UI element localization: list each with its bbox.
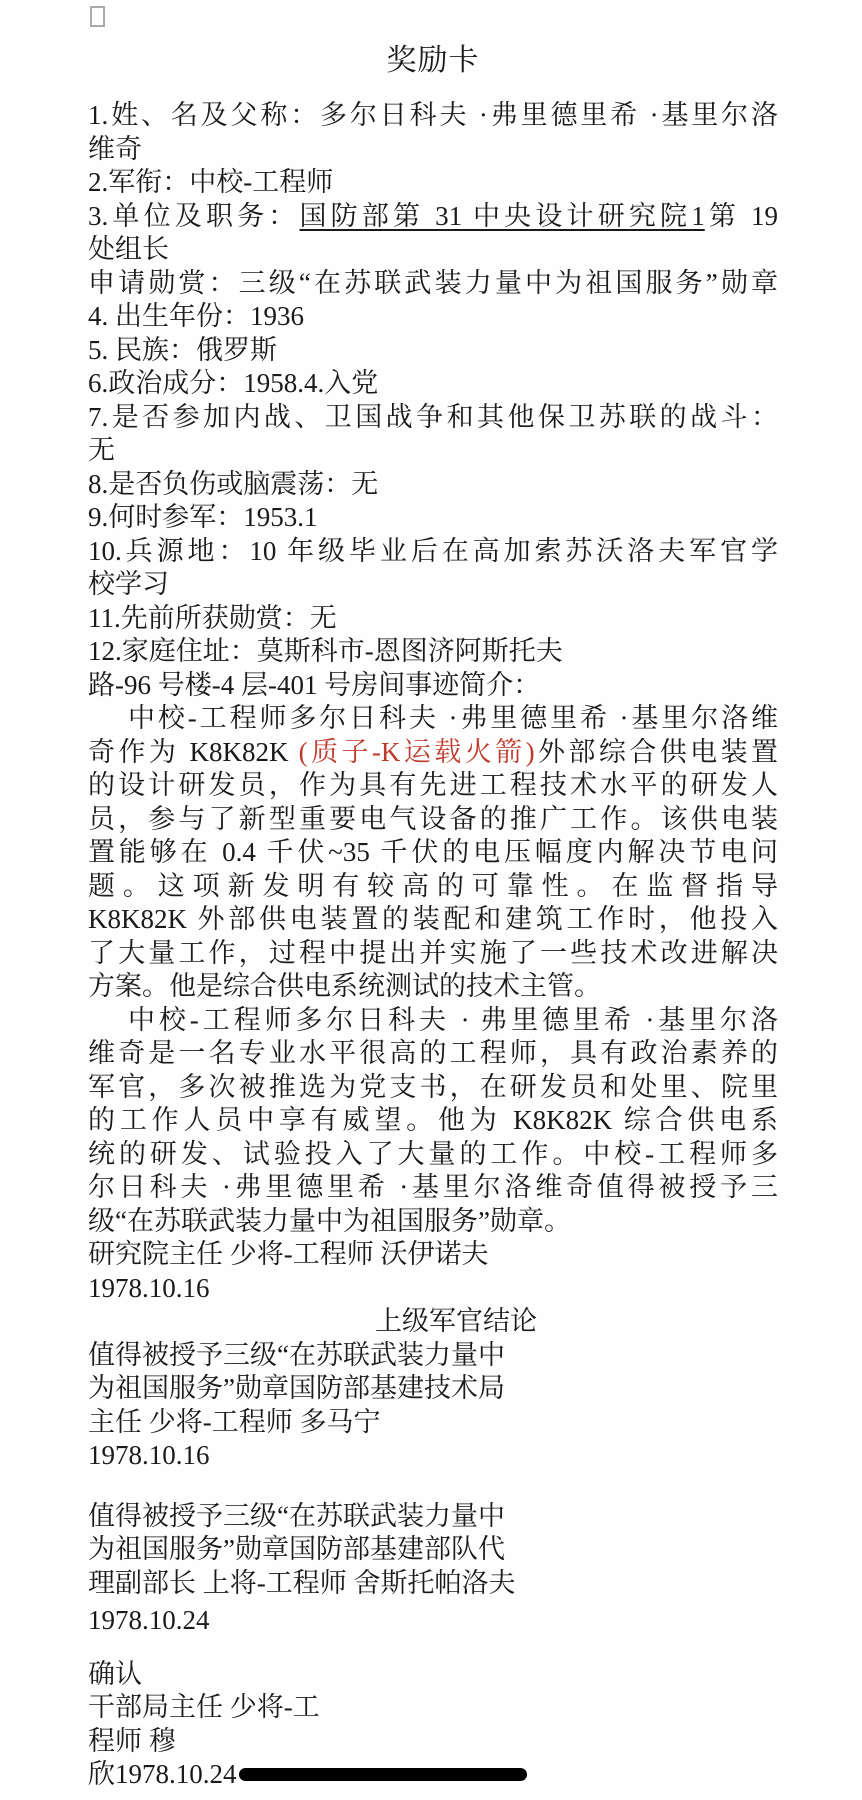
line-text: 值得被授予三级“在苏联武装力量中 <box>88 1340 505 1370</box>
line-text: 4. 出生年份：1936 <box>88 301 304 331</box>
line-text: 校学习 <box>88 569 169 599</box>
line-text: 为祖国服务”勋章国防部基建部队代 <box>88 1534 505 1564</box>
field-unit-line2: 处组长 <box>88 233 778 267</box>
conclusion2-line2: 为祖国服务”勋章国防部基建部队代 <box>88 1533 778 1567</box>
award-card-document: 奖励卡 1.姓、名及父称：多尔日科夫 ·弗里德里希 ·基里尔洛维奇2.军衔：中校… <box>88 0 778 1792</box>
line-text: 方案。他是综合供电系统测试的技术主管。 <box>88 971 601 1001</box>
field-origin-line2: 校学习 <box>88 568 778 602</box>
conclusion1-line3: 主任 少将-工程师 多马宁 <box>88 1406 778 1440</box>
summary-p1-line1: 中校-工程师多尔日科夫 ·弗里德里希 ·基里尔洛维 <box>88 702 778 736</box>
field-origin-line1: 10.兵源地：10 年级毕业后在高加索苏沃洛夫军官学 <box>88 535 778 569</box>
field-address-line2: 路-96 号楼-4 层-401 号房间事迹简介： <box>88 669 778 703</box>
line-text: 题。这项新发明有较高的可靠性。在监督指导 <box>88 871 778 901</box>
summary-p2-line4: 的工作人员中享有威望。他为 K8K82K 综合供电系 <box>88 1104 778 1138</box>
field-address-line1: 12.家庭住址：莫斯科市-恩图济阿斯托夫 <box>88 635 778 669</box>
date-institute-director: 1978.10.16 <box>88 1272 778 1306</box>
line-text: 置能够在 0.4 千伏~35 千伏的电压幅度内解决节电问 <box>88 837 778 867</box>
summary-p2-line7: 级“在苏联武装力量中为祖国服务”勋章。 <box>88 1205 778 1239</box>
line-text: 确认 <box>88 1659 142 1689</box>
field-party-affiliation: 6.政治成分：1958.4.入党 <box>88 367 778 401</box>
line-text: 1978.10.24 <box>88 1605 210 1635</box>
line-text: 员，参与了新型重要电气设备的推广工作。该供电装 <box>88 804 778 834</box>
line-text: 12.家庭住址：莫斯科市-恩图济阿斯托夫 <box>88 636 563 666</box>
line-text: 为祖国服务”勋章国防部基建技术局 <box>88 1373 505 1403</box>
page-title: 奖励卡 <box>88 44 778 77</box>
field-award-request: 申请勋赏：三级“在苏联武装力量中为祖国服务”勋章 <box>88 267 778 301</box>
line-text: 理副部长 上将-工程师 舍斯托帕洛夫 <box>88 1568 516 1598</box>
line-text: 了大量工作，过程中提出并实施了一些技术改进解决 <box>88 938 778 968</box>
line-text: 主任 少将-工程师 多马宁 <box>88 1407 381 1437</box>
summary-p1-line3: 的设计研发员，作为具有先进工程技术水平的研发人 <box>88 769 778 803</box>
line-text: 申请勋赏：三级“在苏联武装力量中为祖国服务”勋章 <box>88 268 778 298</box>
confirmation-line1: 干部局主任 少将-工 <box>88 1691 778 1725</box>
line-text: 的工作人员中享有威望。他为 K8K82K 综合供电系 <box>88 1105 778 1135</box>
line-text: 第 19 <box>705 201 778 231</box>
summary-p2-line2: 维奇是一名专业水平很高的工程师，具有政治素养的 <box>88 1037 778 1071</box>
line-text: 中校-工程师多尔日科夫 · 弗里德里希 ·基里尔洛 <box>128 1005 778 1035</box>
redaction-bar <box>239 1768 527 1781</box>
field-prior-awards: 11.先前所获勋赏：无 <box>88 602 778 636</box>
line-text: 程师 穆 <box>88 1726 176 1756</box>
field-rank: 2.军衔：中校-工程师 <box>88 166 778 200</box>
line-text: 奇作为 K8K82K <box>88 737 299 767</box>
line-text: 1978.10.16 <box>88 1273 210 1303</box>
line-text: 欣1978.10.24 <box>88 1759 237 1789</box>
line-text: 级“在苏联武装力量中为祖国服务”勋章。 <box>88 1206 571 1236</box>
line-text: 军官，多次被推选为党支书，在研发员和处里、院里 <box>88 1072 778 1102</box>
summary-p1-line2: 奇作为 K8K82K (质子-K运载火箭)外部综合供电装置 <box>88 736 778 770</box>
line-text: 9.何时参军：1953.1 <box>88 502 318 532</box>
summary-p2-line3: 军官，多次被推选为党支书，在研发员和处里、院里 <box>88 1071 778 1105</box>
signature-institute-director: 研究院主任 少将-工程师 沃伊诺夫 <box>88 1238 778 1272</box>
field-war-participation-line2: 无 <box>88 434 778 468</box>
section-title-superior-conclusion: 上级军官结论 <box>88 1305 778 1339</box>
field-birth-year: 4. 出生年份：1936 <box>88 300 778 334</box>
line-text: 的设计研发员，作为具有先进工程技术水平的研发人 <box>88 770 778 800</box>
line-text: 值得被授予三级“在苏联武装力量中 <box>88 1501 505 1531</box>
line-text: 1.姓、名及父称：多尔日科夫 ·弗里德里希 ·基里尔洛 <box>88 100 778 130</box>
summary-p1-line8: 了大量工作，过程中提出并实施了一些技术改进解决 <box>88 937 778 971</box>
summary-p2-line5: 统的研发、试验投入了大量的工作。中校-工程师多 <box>88 1138 778 1172</box>
field-enlistment-date: 9.何时参军：1953.1 <box>88 501 778 535</box>
line-text: 维奇是一名专业水平很高的工程师，具有政治素养的 <box>88 1038 778 1068</box>
date-conclusion2: 1978.10.24 <box>88 1604 778 1638</box>
line-text: 11.先前所获勋赏：无 <box>88 603 337 633</box>
line-text: 6.政治成分：1958.4.入党 <box>88 368 378 398</box>
confirmation-label: 确认 <box>88 1658 778 1692</box>
line-text: 上级军官结论 <box>375 1306 537 1336</box>
field-ethnicity: 5. 民族：俄罗斯 <box>88 334 778 368</box>
summary-p1-line4: 员，参与了新型重要电气设备的推广工作。该供电装 <box>88 803 778 837</box>
conclusion2-line1: 值得被授予三级“在苏联武装力量中 <box>88 1500 778 1534</box>
confirmation-line3: 欣1978.10.24 <box>88 1758 778 1792</box>
field-name-line2: 维奇 <box>88 133 778 167</box>
line-text: 无 <box>88 435 115 465</box>
line-text: 外部综合供电装置 <box>535 737 778 767</box>
summary-p2-line1: 中校-工程师多尔日科夫 · 弗里德里希 ·基里尔洛 <box>88 1004 778 1038</box>
line-text: 3.单位及职务： <box>88 201 299 231</box>
field-name-line1: 1.姓、名及父称：多尔日科夫 ·弗里德里希 ·基里尔洛 <box>88 99 778 133</box>
field-unit-line1: 3.单位及职务：国防部第 31 中央设计研究院1第 19 <box>88 200 778 234</box>
line-text: 2.军衔：中校-工程师 <box>88 167 333 197</box>
line-text: 8.是否负伤或脑震荡：无 <box>88 469 378 499</box>
conclusion2-line3: 理副部长 上将-工程师 舍斯托帕洛夫 <box>88 1567 778 1601</box>
conclusion1-line1: 值得被授予三级“在苏联武装力量中 <box>88 1339 778 1373</box>
line-text: 统的研发、试验投入了大量的工作。中校-工程师多 <box>88 1139 778 1169</box>
line-text: 5. 民族：俄罗斯 <box>88 335 277 365</box>
conclusion1-line2: 为祖国服务”勋章国防部基建技术局 <box>88 1372 778 1406</box>
unit-underlined-text: 国防部第 31 中央设计研究院1 <box>299 201 704 231</box>
line-text: K8K82K 外部供电装置的装配和建筑工作时，他投入 <box>88 904 778 934</box>
date-conclusion1: 1978.10.16 <box>88 1439 778 1473</box>
line-text: 中校-工程师多尔日科夫 ·弗里德里希 ·基里尔洛维 <box>128 703 778 733</box>
summary-p2-line6: 尔日科夫 ·弗里德里希 ·基里尔洛维奇值得被授予三 <box>88 1171 778 1205</box>
document-body: 1.姓、名及父称：多尔日科夫 ·弗里德里希 ·基里尔洛维奇2.军衔：中校-工程师… <box>88 99 778 1792</box>
line-text: 处组长 <box>88 234 169 264</box>
confirmation-line2: 程师 穆 <box>88 1725 778 1759</box>
summary-p1-line7: K8K82K 外部供电装置的装配和建筑工作时，他投入 <box>88 903 778 937</box>
summary-p1-line6: 题。这项新发明有较高的可靠性。在监督指导 <box>88 870 778 904</box>
line-text: 维奇 <box>88 134 142 164</box>
field-war-participation-line1: 7.是否参加内战、卫国战争和其他保卫苏联的战斗： <box>88 401 778 435</box>
line-text: 路-96 号楼-4 层-401 号房间事迹简介： <box>88 670 540 700</box>
rocket-annotation-red-text: (质子-K运载火箭) <box>299 737 535 767</box>
line-text: 研究院主任 少将-工程师 沃伊诺夫 <box>88 1239 489 1269</box>
line-text: 7.是否参加内战、卫国战争和其他保卫苏联的战斗： <box>88 402 778 432</box>
line-text: 10.兵源地：10 年级毕业后在高加索苏沃洛夫军官学 <box>88 536 778 566</box>
line-text: 干部局主任 少将-工 <box>88 1692 320 1722</box>
line-text: 尔日科夫 ·弗里德里希 ·基里尔洛维奇值得被授予三 <box>88 1172 778 1202</box>
line-text: 1978.10.16 <box>88 1440 210 1470</box>
summary-p1-line9: 方案。他是综合供电系统测试的技术主管。 <box>88 970 778 1004</box>
field-wounds: 8.是否负伤或脑震荡：无 <box>88 468 778 502</box>
summary-p1-line5: 置能够在 0.4 千伏~35 千伏的电压幅度内解决节电问 <box>88 836 778 870</box>
